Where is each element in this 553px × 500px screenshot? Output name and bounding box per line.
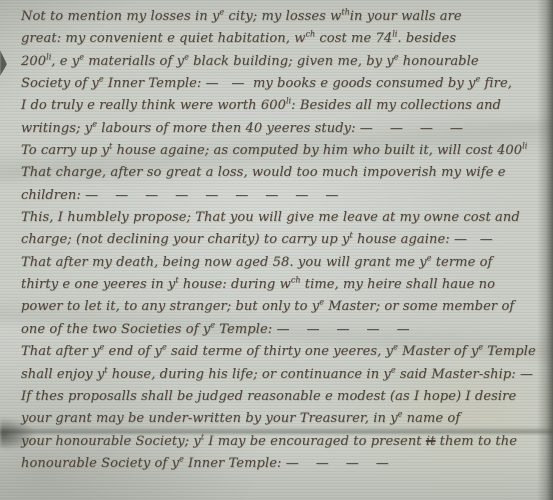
manuscript-line: I do truly e really think were worth 600… [21,98,543,120]
manuscript-line: power to let it, to any stranger; but on… [21,299,543,321]
manuscript-line: your grant may be under-written by your … [21,411,543,433]
manuscript-line: children: — — — — — — — — — [21,188,543,210]
manuscript-line: This, I humblely propose; That you will … [21,210,543,232]
manuscript-photo: Not to mention my losses in ye city; my … [0,0,553,500]
manuscript-line: writings; ye labours of more then 40 yee… [21,121,543,143]
manuscript-line: That after ye end of ye said terme of th… [21,344,543,366]
manuscript-line: Society of ye Inner Temple: — — my books… [21,76,543,98]
manuscript-line: shall enjoy yt house, during his life; o… [21,367,543,389]
manuscript-line: honourable Society of ye Inner Temple: —… [21,456,543,478]
manuscript-line: That after my death, being now aged 58. … [21,255,543,277]
manuscript-line: charge; (not declining your charity) to … [21,232,543,254]
manuscript-text: Not to mention my losses in ye city; my … [0,0,553,500]
manuscript-line: Not to mention my losses in ye city; my … [21,9,543,31]
manuscript-line: If thes proposalls shall be judged reaso… [21,389,543,411]
manuscript-line: your honourable Society; yt I may be enc… [21,434,543,456]
manuscript-line: 200li, e ye materialls of ye black build… [21,54,543,76]
manuscript-line: To carry up yt house againe; as computed… [21,143,543,165]
manuscript-line: That charge, after so great a loss, woul… [21,165,543,187]
manuscript-line: great: my convenient e quiet habitation,… [21,31,543,53]
manuscript-line: thirty e one yeeres in yt house: during … [21,277,543,299]
manuscript-line: one of the two Societies of ye Temple: —… [21,322,543,344]
